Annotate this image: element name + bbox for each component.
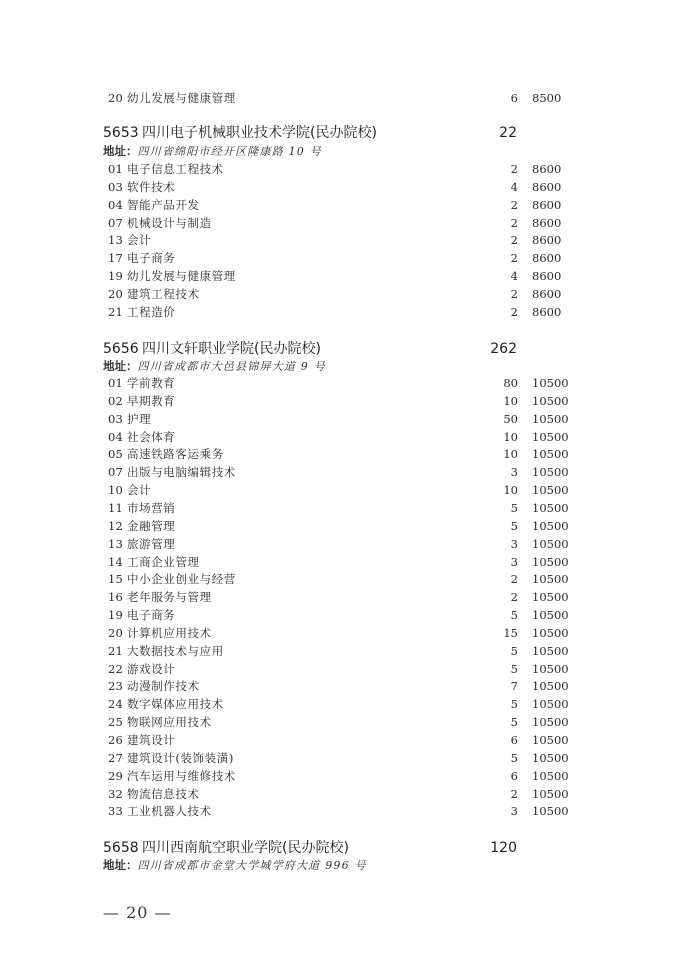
- school-address: 地址：四川省成都市金堂大学城学府大道 996 号: [103, 857, 367, 873]
- school-header: 5658 四川西南航空职业学院(民办院校) 120: [0, 838, 680, 858]
- tuition-fee: 10500: [532, 374, 569, 392]
- major-code: 23: [108, 677, 124, 695]
- tuition-fee: 10500: [532, 767, 569, 785]
- major-code: 29: [108, 767, 124, 785]
- major-name: 工业机器人技术: [127, 802, 212, 820]
- major-name: 市场营销: [127, 499, 175, 517]
- major-row: 11市场营销510500: [0, 499, 680, 517]
- tuition-fee: 8600: [532, 231, 561, 249]
- enrollment-count: 10: [503, 445, 518, 463]
- major-name: 旅游管理: [127, 535, 175, 553]
- enrollment-count: 2: [511, 588, 518, 606]
- major-code: 19: [108, 606, 124, 624]
- major-row: 01学前教育8010500: [0, 374, 680, 392]
- enrollment-count: 5: [511, 642, 518, 660]
- major-row: 33工业机器人技术310500: [0, 802, 680, 820]
- major-code: 22: [108, 660, 124, 678]
- enrollment-count: 10: [503, 481, 518, 499]
- enrollment-count: 5: [511, 713, 518, 731]
- major-name: 工商企业管理: [127, 553, 200, 571]
- tuition-fee: 8600: [532, 249, 561, 267]
- major-row: 29汽车运用与维修技术610500: [0, 767, 680, 785]
- enrollment-count: 2: [511, 160, 518, 178]
- major-name: 电子商务: [127, 606, 175, 624]
- major-row: 13会计28600: [0, 231, 680, 249]
- tuition-fee: 10500: [532, 463, 569, 481]
- enrollment-count: 2: [511, 196, 518, 214]
- tuition-fee: 10500: [532, 660, 569, 678]
- major-code: 15: [108, 570, 124, 588]
- enrollment-count: 6: [511, 731, 518, 749]
- tuition-fee: 8600: [532, 303, 561, 321]
- major-name: 社会体育: [127, 428, 175, 446]
- address-value: 四川省绵阳市经开区隆康路 10 号: [138, 145, 322, 158]
- enrollment-count: 2: [511, 303, 518, 321]
- tuition-fee: 10500: [532, 624, 569, 642]
- major-row: 14工商企业管理310500: [0, 553, 680, 571]
- major-row: 07机械设计与制造28600: [0, 214, 680, 232]
- major-name: 会计: [127, 481, 151, 499]
- school-name: 四川电子机械职业技术学院(民办院校): [142, 123, 377, 143]
- major-row: 03护理5010500: [0, 410, 680, 428]
- major-row: 26建筑设计610500: [0, 731, 680, 749]
- tuition-fee: 10500: [532, 695, 569, 713]
- tuition-fee: 10500: [532, 802, 569, 820]
- tuition-fee: 10500: [532, 517, 569, 535]
- major-code: 01: [108, 374, 124, 392]
- school-code: 5658: [103, 838, 139, 858]
- tuition-fee: 8600: [532, 267, 561, 285]
- major-code: 03: [108, 178, 124, 196]
- major-name: 工程造价: [127, 303, 175, 321]
- major-code: 04: [108, 428, 124, 446]
- major-code: 33: [108, 802, 124, 820]
- enrollment-count: 3: [511, 535, 518, 553]
- enrollment-count: 3: [511, 463, 518, 481]
- enrollment-count: 5: [511, 695, 518, 713]
- tuition-fee: 10500: [532, 499, 569, 517]
- major-name: 游戏设计: [127, 660, 175, 678]
- tuition-fee: 10500: [532, 392, 569, 410]
- major-row: 19电子商务510500: [0, 606, 680, 624]
- major-code: 07: [108, 214, 124, 232]
- major-name: 计算机应用技术: [127, 624, 212, 642]
- tuition-fee: 8600: [532, 285, 561, 303]
- tuition-fee: 10500: [532, 535, 569, 553]
- major-name: 汽车运用与维修技术: [127, 767, 236, 785]
- school-address: 地址：四川省成都市大邑县锦屏大道 9 号: [103, 358, 326, 374]
- major-name: 学前教育: [127, 374, 175, 392]
- major-row: 05高速铁路客运乘务1010500: [0, 445, 680, 463]
- major-code: 19: [108, 267, 124, 285]
- enrollment-count: 2: [511, 214, 518, 232]
- major-name: 物联网应用技术: [127, 713, 212, 731]
- major-row: 32物流信息技术210500: [0, 785, 680, 803]
- enrollment-count: 2: [511, 285, 518, 303]
- enrollment-count: 5: [511, 606, 518, 624]
- major-name: 护理: [127, 410, 151, 428]
- major-row: 21大数据技术与应用510500: [0, 642, 680, 660]
- enrollment-count: 7: [511, 677, 518, 695]
- major-row: 15中小企业创业与经营210500: [0, 570, 680, 588]
- enrollment-count: 2: [511, 570, 518, 588]
- major-row: 17电子商务28600: [0, 249, 680, 267]
- major-row: 07出版与电脑编辑技术310500: [0, 463, 680, 481]
- enrollment-count: 10: [503, 392, 518, 410]
- major-name: 电子商务: [127, 249, 175, 267]
- major-name: 大数据技术与应用: [127, 642, 224, 660]
- major-code: 03: [108, 410, 124, 428]
- tuition-fee: 10500: [532, 731, 569, 749]
- school-total: 120: [490, 838, 517, 858]
- address-value: 四川省成都市大邑县锦屏大道 9 号: [138, 360, 326, 373]
- address-label: 地址：: [103, 359, 138, 373]
- enrollment-count: 4: [511, 178, 518, 196]
- major-name: 机械设计与制造: [127, 214, 212, 232]
- major-row: 20建筑工程技术28600: [0, 285, 680, 303]
- document-page: 20 幼儿发展与健康管理 6 8500 5653 四川电子机械职业技术学院(民办…: [0, 0, 680, 962]
- enrollment-count: 5: [511, 660, 518, 678]
- major-row: 21工程造价28600: [0, 303, 680, 321]
- major-code: 21: [108, 303, 124, 321]
- school-header: 5653 四川电子机械职业技术学院(民办院校) 22: [0, 123, 680, 143]
- major-code: 21: [108, 642, 124, 660]
- enrollment-count: 3: [511, 802, 518, 820]
- tuition-fee: 10500: [532, 410, 569, 428]
- enrollment-count: 2: [511, 249, 518, 267]
- major-row: 04社会体育1010500: [0, 428, 680, 446]
- major-code: 24: [108, 695, 124, 713]
- major-row: 27建筑设计(装饰装潢)510500: [0, 749, 680, 767]
- major-code: 17: [108, 249, 124, 267]
- major-row: 12金融管理510500: [0, 517, 680, 535]
- tuition-fee: 10500: [532, 749, 569, 767]
- tuition-fee: 8600: [532, 178, 561, 196]
- major-code: 14: [108, 553, 124, 571]
- school-total: 262: [490, 339, 517, 359]
- major-row: 22游戏设计510500: [0, 660, 680, 678]
- major-name: 出版与电脑编辑技术: [127, 463, 236, 481]
- page-number: — 20 —: [103, 903, 172, 923]
- major-code: 04: [108, 196, 124, 214]
- major-name: 建筑设计: [127, 731, 175, 749]
- enrollment-count: 5: [511, 517, 518, 535]
- major-name: 金融管理: [127, 517, 175, 535]
- school-code: 5656: [103, 339, 139, 359]
- major-name: 高速铁路客运乘务: [127, 445, 224, 463]
- address-value: 四川省成都市金堂大学城学府大道 996 号: [138, 859, 367, 872]
- major-name: 老年服务与管理: [127, 588, 212, 606]
- tuition-fee: 10500: [532, 785, 569, 803]
- major-row: 23动漫制作技术710500: [0, 677, 680, 695]
- major-code: 01: [108, 160, 124, 178]
- major-row: 20计算机应用技术1510500: [0, 624, 680, 642]
- enrollment-count: 4: [511, 267, 518, 285]
- school-address: 地址：四川省绵阳市经开区隆康路 10 号: [103, 143, 322, 159]
- tuition-fee: 10500: [532, 570, 569, 588]
- major-name: 会计: [127, 231, 151, 249]
- major-name: 软件技术: [127, 178, 175, 196]
- major-row: 20 幼儿发展与健康管理 6 8500: [0, 89, 680, 107]
- tuition-fee: 8500: [532, 89, 561, 107]
- major-code: 07: [108, 463, 124, 481]
- major-name: 数字媒体应用技术: [127, 695, 224, 713]
- school-header: 5656 四川文轩职业学院(民办院校) 262: [0, 339, 680, 359]
- major-row: 25物联网应用技术510500: [0, 713, 680, 731]
- tuition-fee: 10500: [532, 606, 569, 624]
- enrollment-count: 10: [503, 428, 518, 446]
- tuition-fee: 10500: [532, 481, 569, 499]
- major-name: 早期教育: [127, 392, 175, 410]
- major-code: 10: [108, 481, 124, 499]
- enrollment-count: 5: [511, 499, 518, 517]
- major-row: 03软件技术48600: [0, 178, 680, 196]
- enrollment-count: 2: [511, 785, 518, 803]
- major-name: 物流信息技术: [127, 785, 200, 803]
- major-code: 13: [108, 231, 124, 249]
- major-name: 幼儿发展与健康管理: [127, 89, 236, 107]
- major-code: 05: [108, 445, 124, 463]
- major-row: 04智能产品开发28600: [0, 196, 680, 214]
- major-name: 智能产品开发: [127, 196, 200, 214]
- tuition-fee: 10500: [532, 642, 569, 660]
- school-name: 四川西南航空职业学院(民办院校): [142, 838, 349, 858]
- address-label: 地址：: [103, 858, 138, 872]
- major-code: 12: [108, 517, 124, 535]
- major-name: 电子信息工程技术: [127, 160, 224, 178]
- major-name: 幼儿发展与健康管理: [127, 267, 236, 285]
- school-code: 5653: [103, 123, 139, 143]
- tuition-fee: 10500: [532, 677, 569, 695]
- major-row: 02早期教育1010500: [0, 392, 680, 410]
- major-row: 10会计1010500: [0, 481, 680, 499]
- tuition-fee: 10500: [532, 428, 569, 446]
- tuition-fee: 8600: [532, 160, 561, 178]
- major-code: 13: [108, 535, 124, 553]
- enrollment-count: 2: [511, 231, 518, 249]
- tuition-fee: 8600: [532, 214, 561, 232]
- enrollment-count: 50: [503, 410, 518, 428]
- major-code: 20: [108, 624, 124, 642]
- school-name: 四川文轩职业学院(民办院校): [142, 339, 321, 359]
- major-code: 02: [108, 392, 124, 410]
- tuition-fee: 8600: [532, 196, 561, 214]
- major-code: 26: [108, 731, 124, 749]
- major-code: 25: [108, 713, 124, 731]
- major-code: 32: [108, 785, 124, 803]
- enrollment-count: 5: [511, 749, 518, 767]
- major-name: 动漫制作技术: [127, 677, 200, 695]
- major-name: 中小企业创业与经营: [127, 570, 236, 588]
- major-code: 16: [108, 588, 124, 606]
- school-total: 22: [499, 123, 517, 143]
- major-row: 13旅游管理310500: [0, 535, 680, 553]
- enrollment-count: 6: [511, 89, 518, 107]
- major-code: 20: [108, 89, 124, 107]
- major-row: 24数字媒体应用技术510500: [0, 695, 680, 713]
- major-code: 20: [108, 285, 124, 303]
- tuition-fee: 10500: [532, 713, 569, 731]
- major-row: 01电子信息工程技术28600: [0, 160, 680, 178]
- tuition-fee: 10500: [532, 553, 569, 571]
- address-label: 地址：: [103, 144, 138, 158]
- enrollment-count: 6: [511, 767, 518, 785]
- major-name: 建筑设计(装饰装潢): [127, 749, 234, 767]
- major-code: 27: [108, 749, 124, 767]
- major-row: 16老年服务与管理210500: [0, 588, 680, 606]
- enrollment-count: 80: [503, 374, 518, 392]
- tuition-fee: 10500: [532, 588, 569, 606]
- enrollment-count: 3: [511, 553, 518, 571]
- major-row: 19幼儿发展与健康管理48600: [0, 267, 680, 285]
- enrollment-count: 15: [503, 624, 518, 642]
- major-code: 11: [108, 499, 124, 517]
- major-name: 建筑工程技术: [127, 285, 200, 303]
- tuition-fee: 10500: [532, 445, 569, 463]
